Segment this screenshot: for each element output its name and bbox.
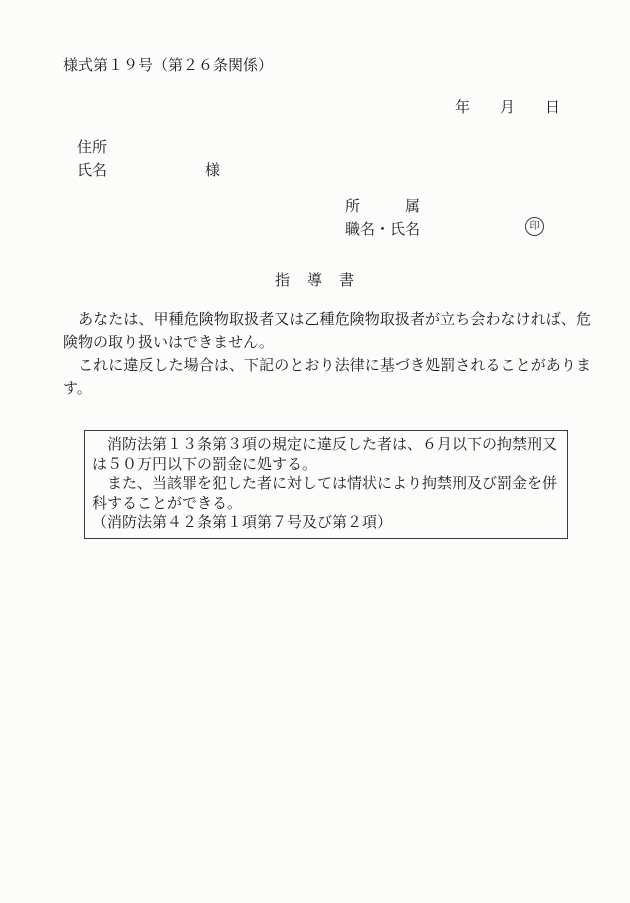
document-page: 様式第１９号（第２６条関係） 年 月 日 住所 氏名 様 所 属 職名・氏名 印… <box>0 0 630 903</box>
issuer-affiliation-label: 所 属 <box>345 195 420 216</box>
notice-paragraph-3: （消防法第４２条第１項第７号及び第２項） <box>92 513 559 533</box>
recipient-name-label: 氏名 <box>77 159 107 180</box>
seal-icon: 印 <box>525 217 544 236</box>
issuer-title-name-label: 職名・氏名 <box>345 218 420 239</box>
document-title: 指 導 書 <box>0 269 630 290</box>
penalty-notice-box: 消防法第１３条第３項の規定に違反した者は、６月以下の拘禁刑又は５０万円以下の罰金… <box>84 430 568 539</box>
notice-paragraph-2: また、当該罪を犯した者に対しては情状により拘禁刑及び罰金を併科することができる。 <box>92 474 559 513</box>
body-paragraph-1: あなたは、甲種危険物取扱者又は乙種危険物取扱者が立ち会わなければ、危険物の取り扱… <box>63 308 591 354</box>
form-number: 様式第１９号（第２６条関係） <box>63 54 273 75</box>
recipient-honorific: 様 <box>205 159 220 180</box>
recipient-address-label: 住所 <box>77 136 107 157</box>
body-text: あなたは、甲種危険物取扱者又は乙種危険物取扱者が立ち会わなければ、危険物の取り扱… <box>63 308 591 400</box>
date-line: 年 月 日 <box>455 96 560 117</box>
notice-paragraph-1: 消防法第１３条第３項の規定に違反した者は、６月以下の拘禁刑又は５０万円以下の罰金… <box>92 435 559 474</box>
body-paragraph-2: これに違反した場合は、下記のとおり法律に基づき処罰されることがあります。 <box>63 354 591 400</box>
